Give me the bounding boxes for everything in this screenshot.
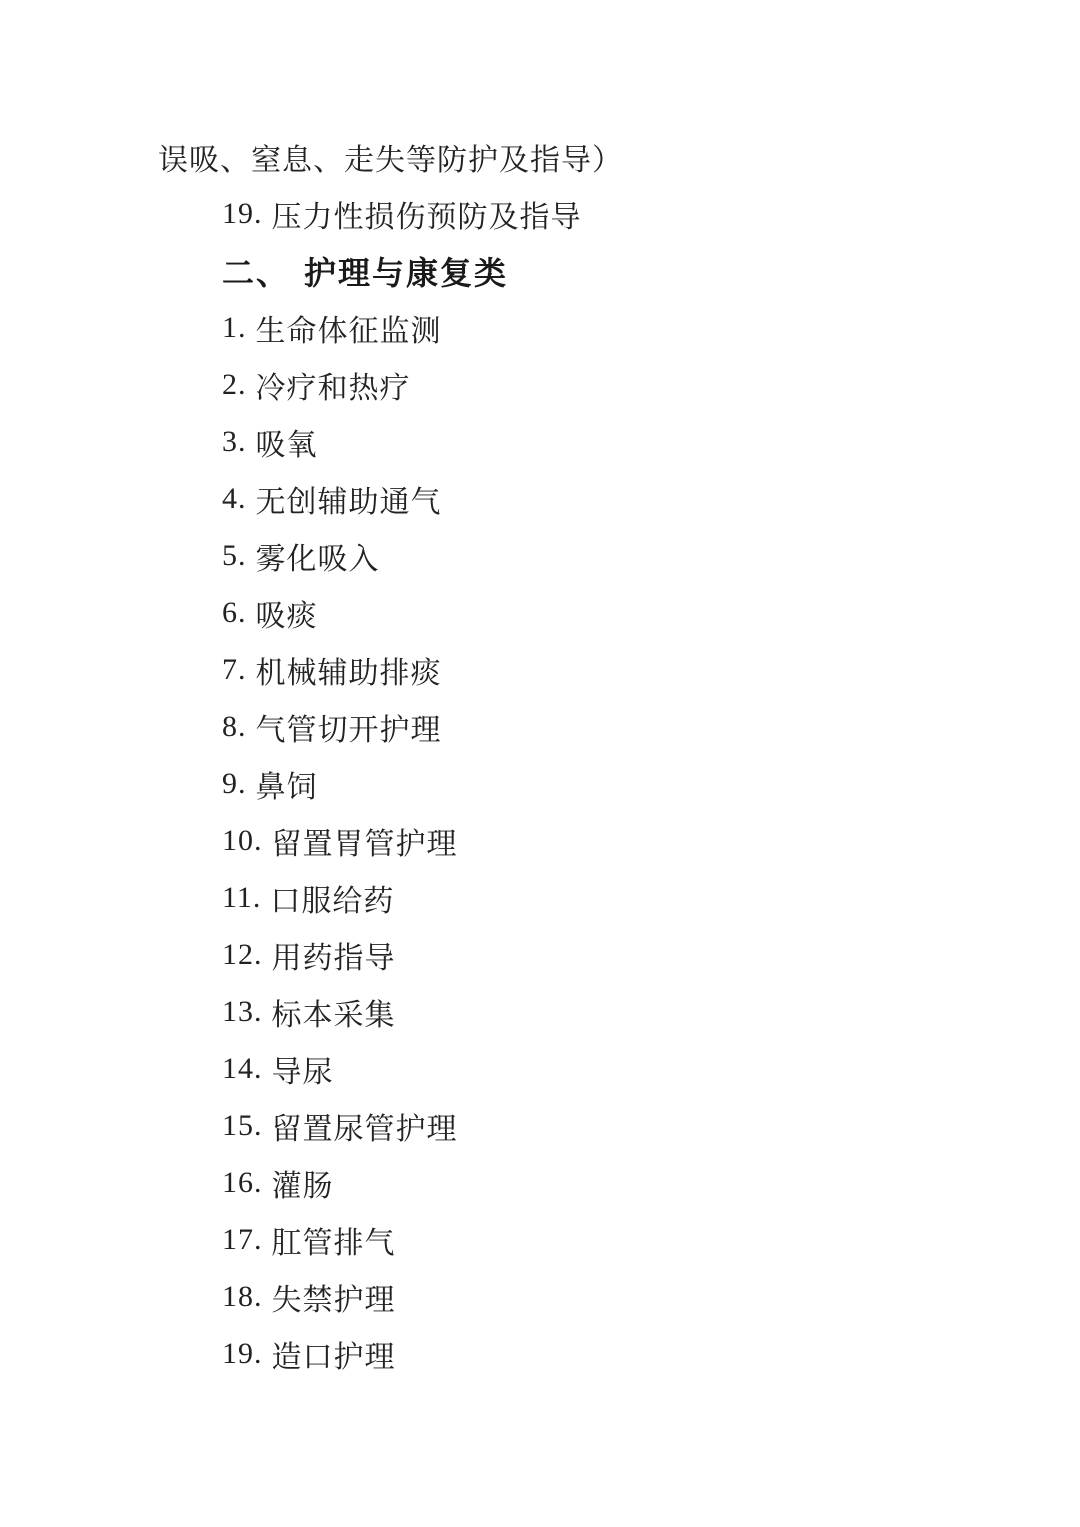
list-item: 3. 吸氧	[158, 413, 1000, 470]
continuation-line: 误吸、窒息、走失等防护及指导）	[158, 128, 1000, 185]
item-number: 18.	[222, 1280, 263, 1314]
item-text: 导尿	[272, 1047, 334, 1091]
item-number: 19.	[222, 197, 263, 231]
item-number: 4.	[222, 482, 247, 516]
list-item: 1. 生命体征监测	[158, 299, 1000, 356]
item-number: 1.	[222, 311, 247, 345]
list-item: 13. 标本采集	[158, 983, 1000, 1040]
item-text: 肛管排气	[272, 1218, 396, 1262]
item-number: 8.	[222, 710, 247, 744]
list-item: 9. 鼻饲	[158, 755, 1000, 812]
item-text: 吸痰	[256, 591, 318, 635]
list-item: 12. 用药指导	[158, 926, 1000, 983]
item-text: 失禁护理	[272, 1275, 396, 1319]
list-item: 14. 导尿	[158, 1040, 1000, 1097]
list-item: 6. 吸痰	[158, 584, 1000, 641]
item-text: 机械辅助排痰	[256, 648, 442, 692]
item-number: 10.	[222, 824, 263, 858]
list-item: 8. 气管切开护理	[158, 698, 1000, 755]
list-item-prev-19: 19. 压力性损伤预防及指导	[158, 185, 1000, 242]
section-heading-title: 护理与康复类	[304, 248, 508, 294]
list-item: 16. 灌肠	[158, 1154, 1000, 1211]
item-text: 用药指导	[272, 933, 396, 977]
item-text: 鼻饲	[256, 762, 318, 806]
document-page: 误吸、窒息、走失等防护及指导） 19. 压力性损伤预防及指导 二、 护理与康复类…	[0, 0, 1080, 1527]
section-heading: 二、 护理与康复类	[158, 242, 1000, 299]
item-text: 无创辅助通气	[256, 477, 442, 521]
item-number: 13.	[222, 995, 263, 1029]
item-number: 2.	[222, 368, 247, 402]
list-item: 17. 肛管排气	[158, 1211, 1000, 1268]
item-text: 留置尿管护理	[272, 1104, 458, 1148]
item-text: 留置胃管护理	[272, 819, 458, 863]
item-text: 标本采集	[272, 990, 396, 1034]
item-text: 冷疗和热疗	[256, 363, 411, 407]
list-item: 5. 雾化吸入	[158, 527, 1000, 584]
list-item: 18. 失禁护理	[158, 1268, 1000, 1325]
item-text: 口服给药	[270, 876, 394, 920]
item-number: 12.	[222, 938, 263, 972]
item-number: 5.	[222, 539, 247, 573]
list-item: 2. 冷疗和热疗	[158, 356, 1000, 413]
list-item: 4. 无创辅助通气	[158, 470, 1000, 527]
list-item: 19. 造口护理	[158, 1325, 1000, 1382]
item-number: 7.	[222, 653, 247, 687]
item-number: 17.	[222, 1223, 263, 1257]
list-item: 7. 机械辅助排痰	[158, 641, 1000, 698]
item-number: 19.	[222, 1337, 263, 1371]
item-number: 15.	[222, 1109, 263, 1143]
list-item: 11. 口服给药	[158, 869, 1000, 926]
continuation-text: 误吸、窒息、走失等防护及指导）	[158, 135, 623, 179]
item-text: 造口护理	[272, 1332, 396, 1376]
list-item: 10. 留置胃管护理	[158, 812, 1000, 869]
list-item: 15. 留置尿管护理	[158, 1097, 1000, 1154]
item-text: 压力性损伤预防及指导	[272, 192, 582, 236]
section-heading-number: 二、	[222, 248, 290, 294]
item-number: 6.	[222, 596, 247, 630]
item-number: 9.	[222, 767, 247, 801]
item-number: 14.	[222, 1052, 263, 1086]
item-text: 灌肠	[272, 1161, 334, 1205]
item-text: 雾化吸入	[256, 534, 380, 578]
item-number: 3.	[222, 425, 247, 459]
item-number: 11.	[222, 881, 261, 915]
item-text: 生命体征监测	[256, 306, 442, 350]
item-text: 气管切开护理	[256, 705, 442, 749]
item-number: 16.	[222, 1166, 263, 1200]
item-text: 吸氧	[256, 420, 318, 464]
